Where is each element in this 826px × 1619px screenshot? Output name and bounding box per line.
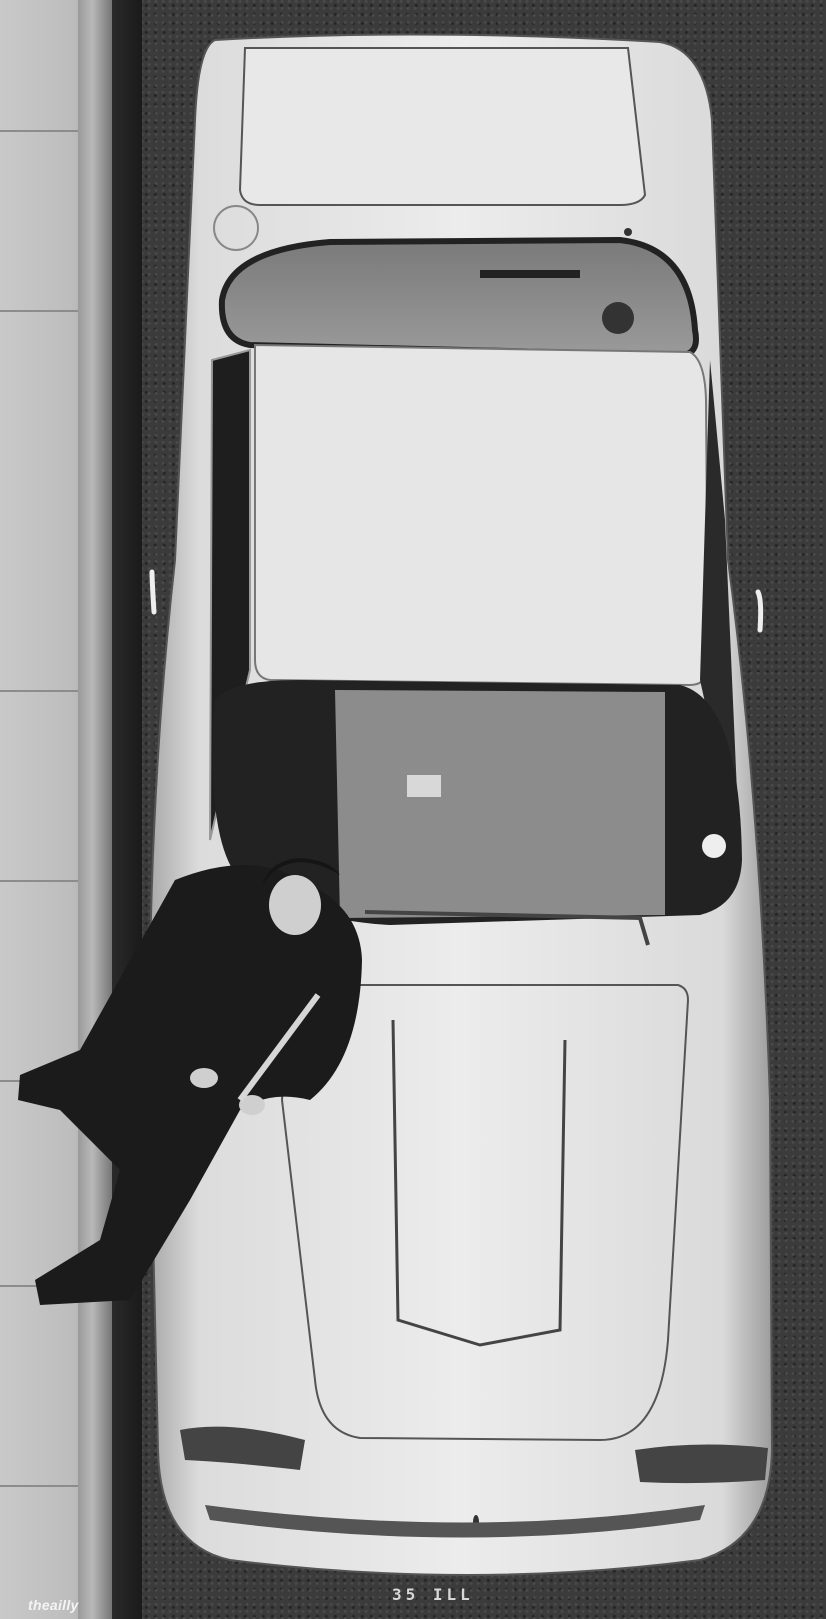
watermark: theailly xyxy=(28,1597,79,1613)
car-illustration xyxy=(0,0,826,1619)
roof xyxy=(255,345,708,685)
rear-window xyxy=(222,240,696,355)
boot-lid xyxy=(240,48,645,205)
photograph: 35 ILL theailly xyxy=(0,0,826,1619)
door-handle-right xyxy=(758,592,761,630)
door-handle-left xyxy=(152,572,154,612)
headlight-right xyxy=(635,1444,768,1483)
license-plate: 35 ILL xyxy=(392,1585,474,1604)
person-hand xyxy=(190,1068,218,1088)
person-face xyxy=(269,875,321,935)
